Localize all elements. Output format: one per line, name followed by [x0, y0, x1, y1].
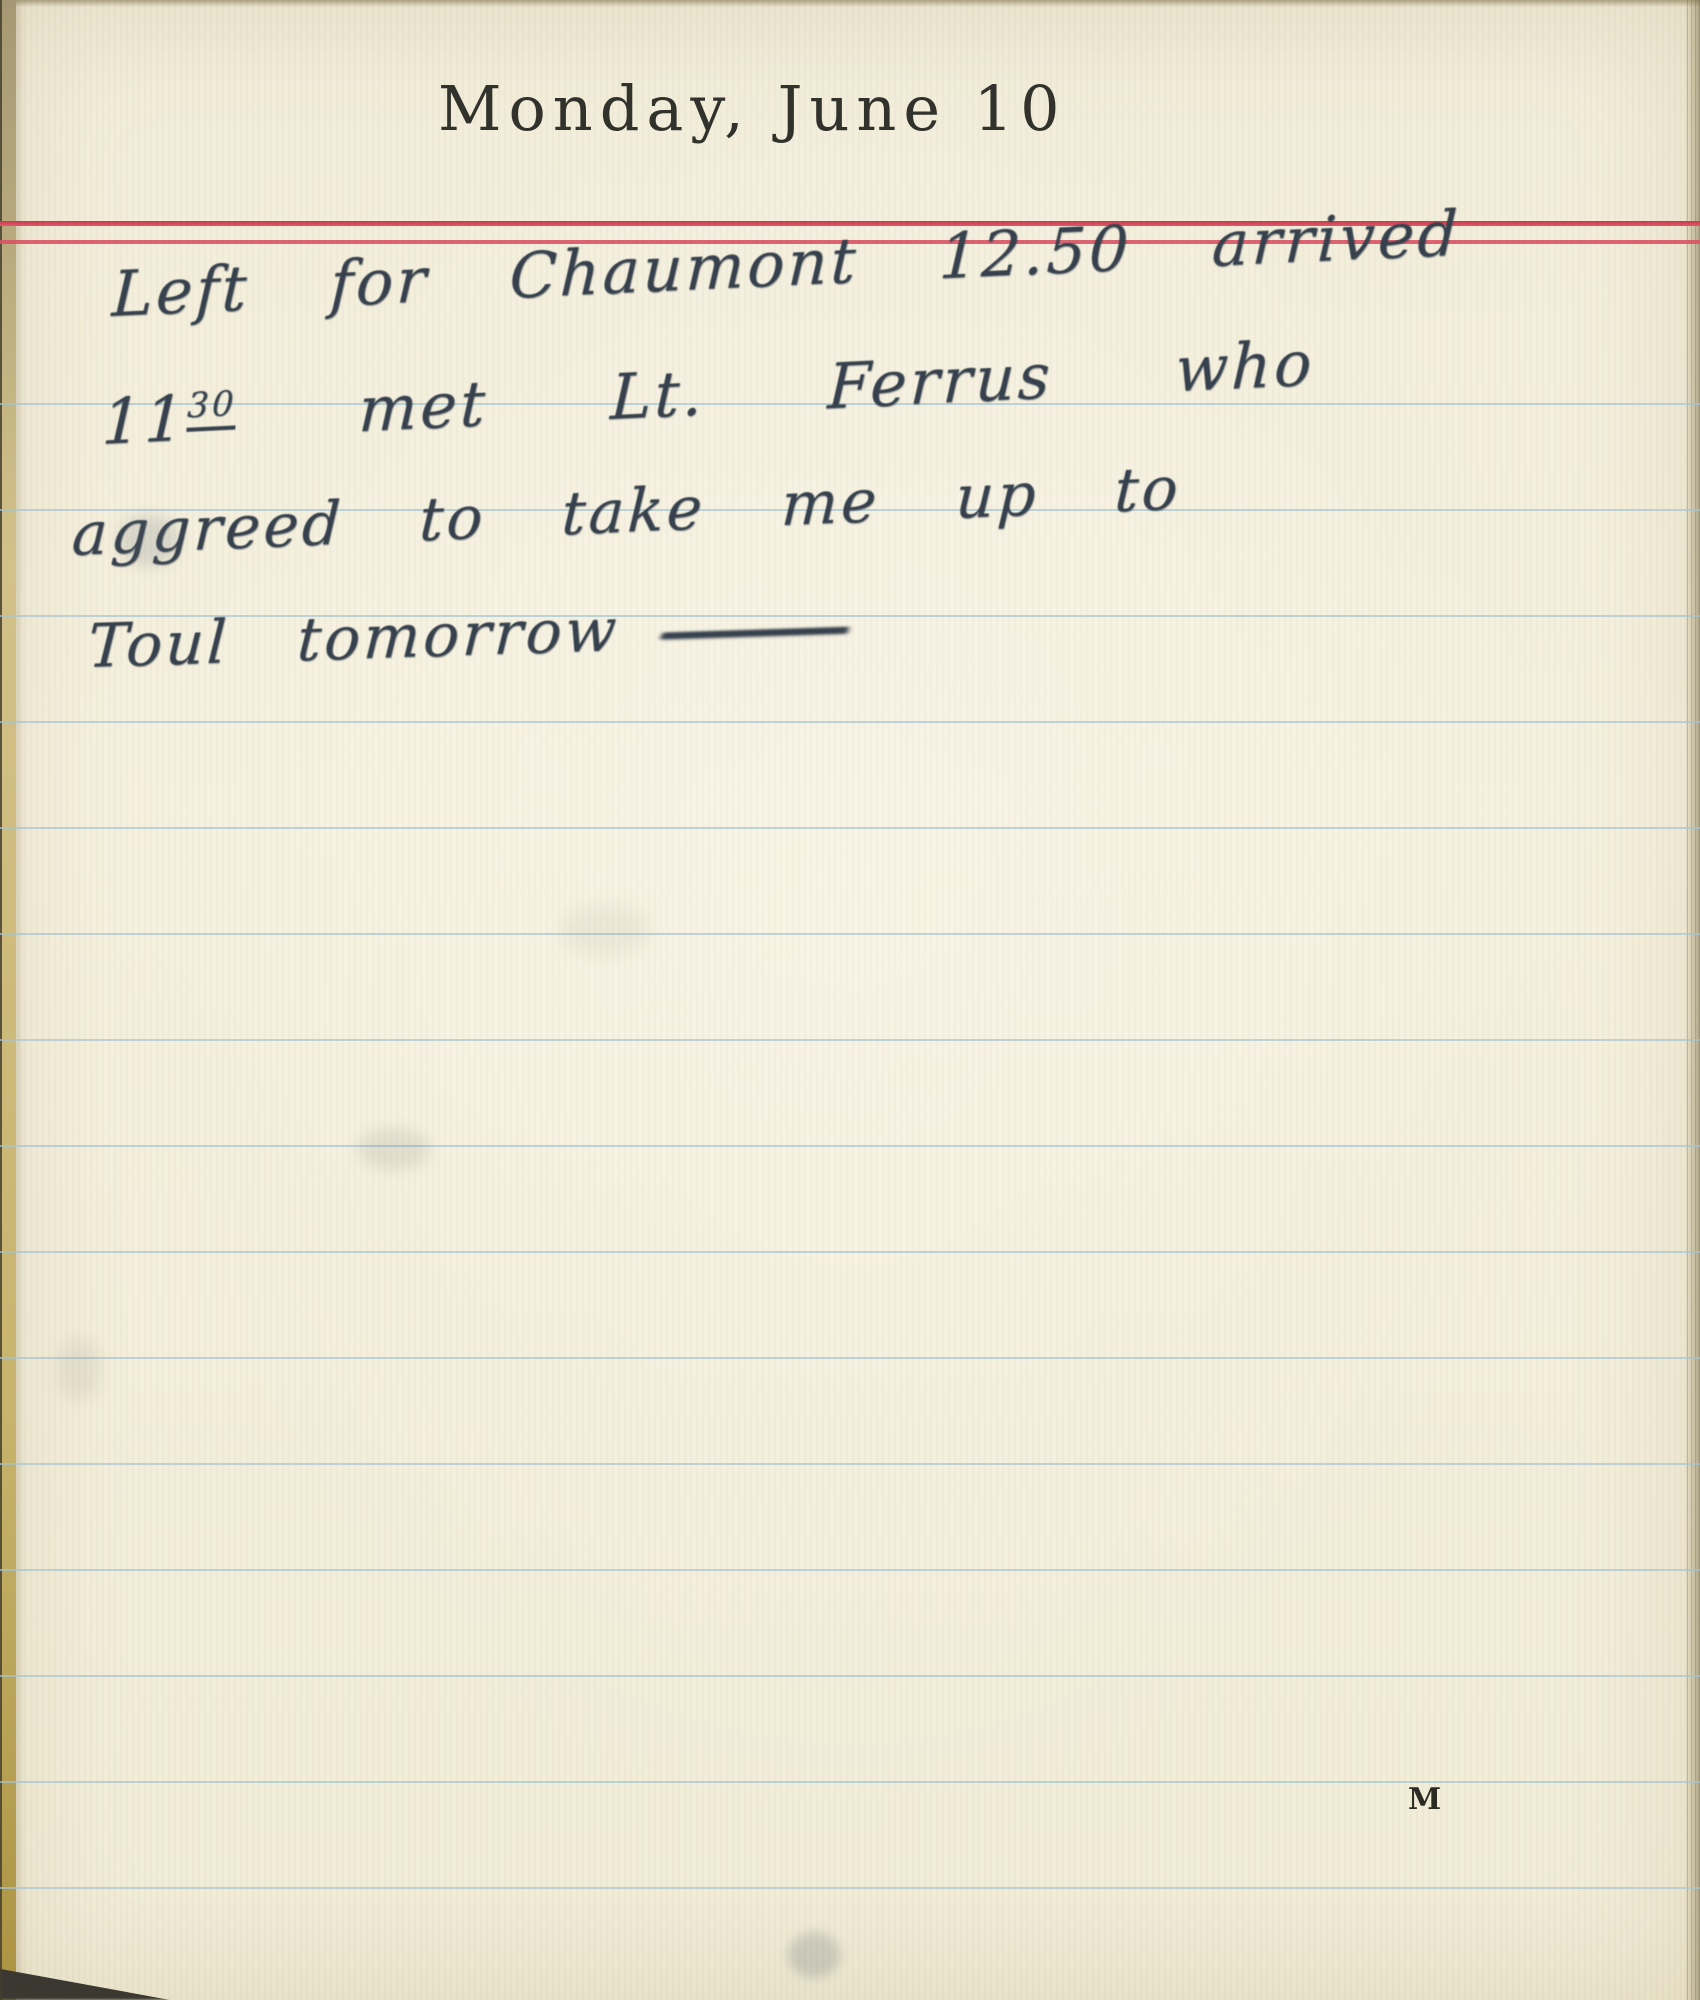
handwritten-line-2-text: met Lt. Ferrus who [357, 327, 1316, 447]
blue-rule-line [0, 827, 1700, 829]
page-date-heading: Monday, June 10 [438, 72, 1067, 145]
handwritten-line-4: Toul tomorrow— [86, 592, 718, 682]
blue-rule-line [0, 1569, 1700, 1571]
scan-background-corner [0, 1962, 170, 2000]
blue-rule-line [0, 1145, 1700, 1147]
blue-rule-line [0, 721, 1700, 723]
ink-smudge [560, 905, 650, 955]
handwritten-time-superscript: 30 [186, 385, 237, 433]
handwritten-line-1: Left for Chaumont 12.50 arrived [110, 197, 1461, 331]
ink-smudge [58, 1338, 100, 1400]
blue-rule-line [0, 1463, 1700, 1465]
blue-rule-line [0, 1675, 1700, 1677]
binding-edge [0, 0, 16, 2000]
blue-rule-line [0, 1887, 1700, 1889]
blue-rule-line [0, 933, 1700, 935]
handwritten-line-3: aggreed to take me up to [70, 453, 1182, 570]
ink-smudge [788, 1932, 840, 1978]
page-top-edge [0, 0, 1700, 7]
handwritten-dash: — [650, 563, 871, 689]
blue-rule-line [0, 1781, 1700, 1783]
ink-smudge [358, 1128, 430, 1170]
blue-rule-line [0, 1251, 1700, 1253]
printed-signature-mark: M [1408, 1782, 1443, 1817]
handwritten-time: 11 [101, 382, 189, 459]
page-stack-edge [1684, 0, 1700, 2000]
diary-page: Monday, June 10 Left for Chaumont 12.50 … [0, 0, 1700, 2000]
blue-rule-line [0, 1039, 1700, 1041]
handwritten-line-4-text: Toul tomorrow [86, 595, 621, 682]
blue-rule-line [0, 1357, 1700, 1359]
handwritten-line-2: 1130 met Lt. Ferrus who [101, 327, 1316, 460]
